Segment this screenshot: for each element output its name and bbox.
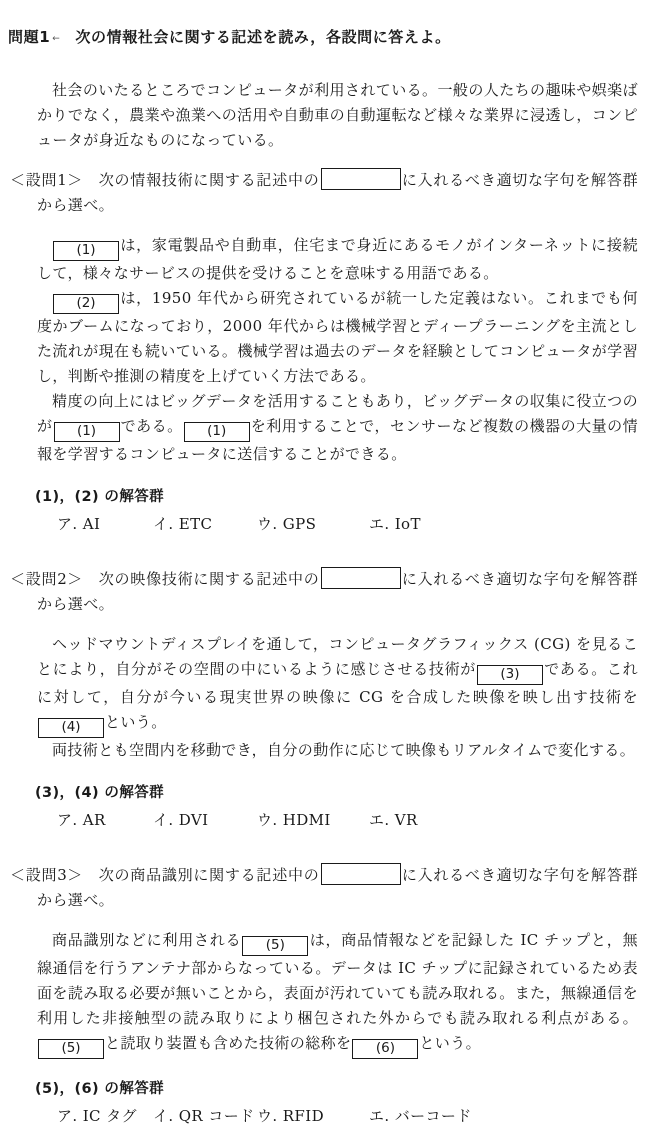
answer-group-2: (3)，(4) の解答群 ア. AR イ. DVI ウ. HDMI エ. VR: [35, 783, 638, 831]
text-run: 両技術とも空間内を移動でき，自分の動作に応じて映像もリアルタイムで変化する。: [52, 741, 635, 759]
answer-option: ウ. HDMI: [257, 810, 369, 831]
setsumon-3-section: ＜設問3＞ 次の商品識別に関する記述中のに入れるべき適切な字句を解答群から選べ。…: [0, 863, 672, 1127]
text-run: は，1950 年代から研究されているが統一した定義はない。これまでも何度かブーム…: [37, 289, 638, 385]
body-paragraph: ヘッドマウントディスプレイを通して，コンピュータグラフィックス (CG) を見る…: [37, 632, 638, 738]
setsumon-2-section: ＜設問2＞ 次の映像技術に関する記述中のに入れるべき適切な字句を解答群から選べ。…: [0, 567, 672, 831]
text-run: である。: [121, 417, 183, 435]
text-run: 商品識別などに利用される: [52, 931, 241, 949]
answer-option: イ. ETC: [153, 514, 257, 535]
answer-blank-box: (4): [38, 718, 104, 738]
empty-answer-box: [321, 168, 401, 190]
setsumon-3-header: ＜設問3＞ 次の商品識別に関する記述中のに入れるべき適切な字句を解答群から選べ。: [10, 863, 638, 913]
answer-blank-box: (1): [54, 422, 120, 442]
body-paragraph: 両技術とも空間内を移動でき，自分の動作に応じて映像もリアルタイムで変化する。: [37, 738, 638, 763]
empty-answer-box: [321, 863, 401, 885]
answer-blank-box: (3): [477, 665, 543, 685]
answer-option: エ. バーコード: [369, 1106, 638, 1127]
answer-options-row: ア. IC タグ イ. QR コード ウ. RFID エ. バーコード: [57, 1106, 638, 1127]
body-paragraph: (2)は，1950 年代から研究されているが統一した定義はない。これまでも何度か…: [37, 286, 638, 389]
answer-option: ウ. RFID: [257, 1106, 369, 1127]
text-run: ＜設問1＞ 次の情報技術に関する記述中の: [10, 171, 320, 189]
answer-option: エ. IoT: [369, 514, 638, 535]
text-run: という。: [105, 713, 167, 731]
answer-blank-box: (5): [38, 1039, 104, 1059]
text-run: は，家電製品や自動車，住宅まで身近にあるモノがインターネットに接続して，様々なサ…: [37, 236, 638, 282]
answer-options-row: ア. AI イ. ETC ウ. GPS エ. IoT: [57, 514, 638, 535]
answer-options-row: ア. AR イ. DVI ウ. HDMI エ. VR: [57, 810, 638, 831]
answer-option: ア. IC タグ: [57, 1106, 153, 1127]
answer-blank-box: (1): [184, 422, 250, 442]
setsumon-2-header: ＜設問2＞ 次の映像技術に関する記述中のに入れるべき適切な字句を解答群から選べ。: [10, 567, 638, 617]
body-paragraph: 商品識別などに利用される(5)は，商品情報などを記録した IC チップと，無線通…: [37, 928, 638, 1059]
setsumon-1-body: (1)は，家電製品や自動車，住宅まで身近にあるモノがインターネットに接続して，様…: [37, 233, 638, 467]
answer-blank-box: (5): [242, 936, 308, 956]
answer-blank-box: (6): [352, 1039, 418, 1059]
answer-option: エ. VR: [369, 810, 638, 831]
answer-blank-box: (2): [53, 294, 119, 314]
setsumon-3-body: 商品識別などに利用される(5)は，商品情報などを記録した IC チップと，無線通…: [37, 928, 638, 1059]
answer-option: ウ. GPS: [257, 514, 369, 535]
problem-title-text: 次の情報社会に関する記述を読み，各設問に答えよ。: [75, 28, 450, 46]
answer-option: ア. AI: [57, 514, 153, 535]
problem-number: 問題1: [8, 28, 50, 46]
answer-group-heading: (5)，(6) の解答群: [35, 1079, 638, 1099]
answer-group-heading: (3)，(4) の解答群: [35, 783, 638, 803]
answer-group-1: (1)，(2) の解答群 ア. AI イ. ETC ウ. GPS エ. IoT: [35, 487, 638, 535]
answer-group-heading: (1)，(2) の解答群: [35, 487, 638, 507]
text-run: ＜設問2＞ 次の映像技術に関する記述中の: [10, 570, 320, 588]
text-run: と読取り装置も含めた技術の総称を: [105, 1034, 351, 1052]
answer-option: イ. QR コード: [153, 1106, 257, 1127]
setsumon-1-section: ＜設問1＞ 次の情報技術に関する記述中のに入れるべき適切な字句を解答群から選べ。…: [0, 168, 672, 535]
body-paragraph: 精度の向上にはビッグデータを活用することもあり，ビッグデータの収集に役立つのが(…: [37, 389, 638, 467]
text-run: という。: [419, 1034, 481, 1052]
body-paragraph: (1)は，家電製品や自動車，住宅まで身近にあるモノがインターネットに接続して，様…: [37, 233, 638, 286]
linebreak-mark: ←: [52, 34, 60, 44]
setsumon-1-header: ＜設問1＞ 次の情報技術に関する記述中のに入れるべき適切な字句を解答群から選べ。: [10, 168, 638, 218]
answer-blank-box: (1): [53, 241, 119, 261]
text-run: ＜設問3＞ 次の商品識別に関する記述中の: [10, 866, 320, 884]
answer-option: イ. DVI: [153, 810, 257, 831]
empty-answer-box: [321, 567, 401, 589]
answer-group-3: (5)，(6) の解答群 ア. IC タグ イ. QR コード ウ. RFID …: [35, 1079, 638, 1127]
answer-option: ア. AR: [57, 810, 153, 831]
page-title: 問題1←次の情報社会に関する記述を読み，各設問に答えよ。: [8, 27, 642, 50]
intro-paragraph: 社会のいたるところでコンピュータが利用されている。一般の人たちの趣味や娯楽ばかり…: [37, 78, 638, 153]
setsumon-2-body: ヘッドマウントディスプレイを通して，コンピュータグラフィックス (CG) を見る…: [37, 632, 638, 763]
